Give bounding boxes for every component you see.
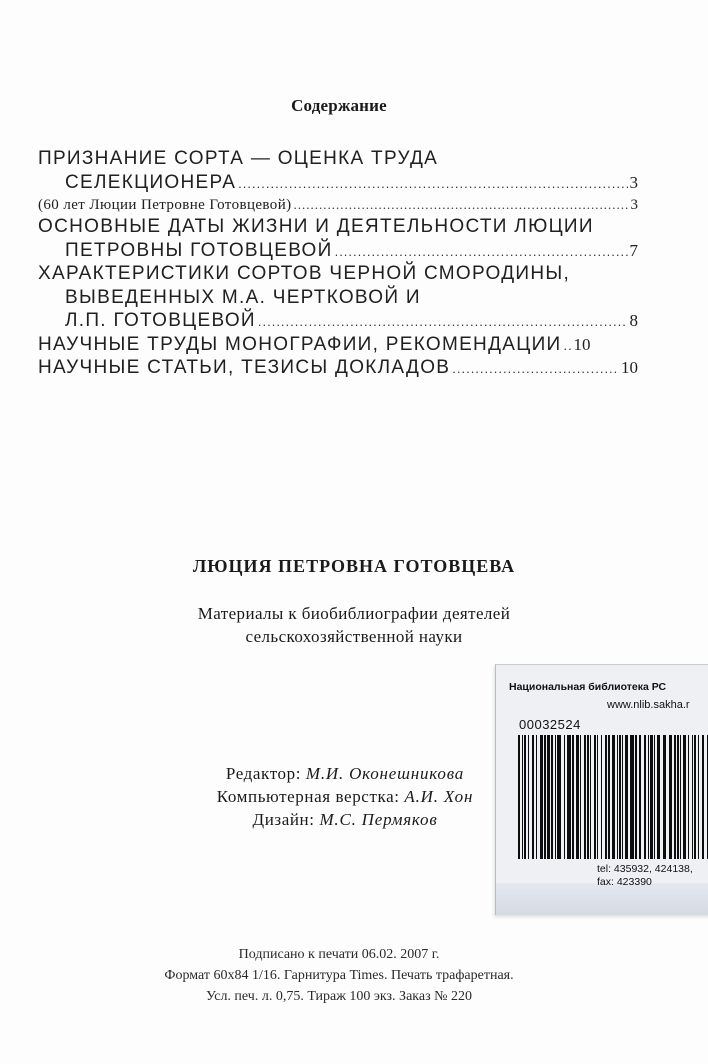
toc-page-number: 7 <box>630 239 639 263</box>
barcode-number: 00032524 <box>519 717 581 732</box>
library-url: www.nlib.sakha.r <box>607 699 690 711</box>
credits: Редактор: М.И. Оконешникова Компьютерная… <box>150 762 540 831</box>
credit-design: Дизайн: М.С. Пермяков <box>150 808 540 831</box>
leader-dots <box>294 194 629 215</box>
toc-page-number: 3 <box>631 195 639 216</box>
credit-editor: Редактор: М.И. Оконешникова <box>150 762 540 785</box>
library-barcode-sticker: Национальная библиотека РС www.nlib.sakh… <box>495 664 708 915</box>
leader-dots <box>238 172 627 196</box>
toc-title: Содержание <box>0 96 678 116</box>
credit-layout: Компьютерная верстка: А.И. Хон <box>150 785 540 808</box>
leader-dots <box>452 357 619 381</box>
toc-entry-1-line-1[interactable]: ПРИЗНАНИЕ СОРТА — ОЦЕНКА ТРУДА <box>38 147 638 171</box>
subtitle-line-2: сельскохозяйственной науки <box>0 625 708 648</box>
imprint: Подписано к печати 06.02. 2007 г. Формат… <box>0 944 678 1007</box>
barcode-icon <box>518 735 708 859</box>
library-contacts: tel: 435932, 424138, fax: 423390 <box>597 863 693 889</box>
subtitle-line-1: Материалы к биобиблиографии деятелей <box>0 602 708 625</box>
table-of-contents: ПРИЗНАНИЕ СОРТА — ОЦЕНКА ТРУДА СЕЛЕКЦИОН… <box>38 147 638 380</box>
toc-entry-4-line-1[interactable]: ХАРАКТЕРИСТИКИ СОРТОВ ЧЕРНОЙ СМОРОДИНЫ, <box>38 262 638 286</box>
toc-entry-5[interactable]: НАУЧНЫЕ ТРУДЫ МОНОГРАФИИ, РЕКОМЕНДАЦИИ10 <box>38 333 638 357</box>
leader-dots <box>258 310 628 334</box>
library-name: Национальная библиотека РС <box>509 681 666 693</box>
toc-page-number: 10 <box>621 356 638 380</box>
toc-entry-4-line-2[interactable]: ВЫВЕДЕННЫХ М.А. ЧЕРТКОВОЙ И <box>38 286 638 310</box>
toc-entry-4-line-3[interactable]: Л.П. ГОТОВЦЕВОЙ8 <box>38 309 638 333</box>
toc-entry-1-line-2[interactable]: СЕЛЕКЦИОНЕРА3 <box>38 171 638 195</box>
leader-dots <box>564 334 572 358</box>
toc-entry-3-line-1[interactable]: ОСНОВНЫЕ ДАТЫ ЖИЗНИ И ДЕЯТЕЛЬНОСТИ ЛЮЦИИ <box>38 215 638 239</box>
imprint-line-2: Формат 60x84 1/16. Гарнитура Times. Печа… <box>0 965 678 986</box>
toc-entry-6[interactable]: НАУЧНЫЕ СТАТЬИ, ТЕЗИСЫ ДОКЛАДОВ10 <box>38 356 638 380</box>
toc-page-number: 10 <box>574 333 591 357</box>
imprint-line-3: Усл. печ. л. 0,75. Тираж 100 экз. Заказ … <box>0 986 678 1007</box>
toc-page-number: 3 <box>630 171 639 195</box>
leader-dots <box>335 240 628 264</box>
toc-page-number: 8 <box>630 309 639 333</box>
toc-entry-3-line-2[interactable]: ПЕТРОВНЫ ГОТОВЦЕВОЙ7 <box>38 239 638 263</box>
toc-entry-2[interactable]: (60 лет Люции Петровне Готовцевой)3 <box>38 194 638 215</box>
book-title: ЛЮЦИЯ ПЕТРОВНА ГОТОВЦЕВА <box>0 556 708 577</box>
imprint-line-1: Подписано к печати 06.02. 2007 г. <box>0 944 678 965</box>
book-subtitle: Материалы к биобиблиографии деятелей сел… <box>0 602 708 648</box>
